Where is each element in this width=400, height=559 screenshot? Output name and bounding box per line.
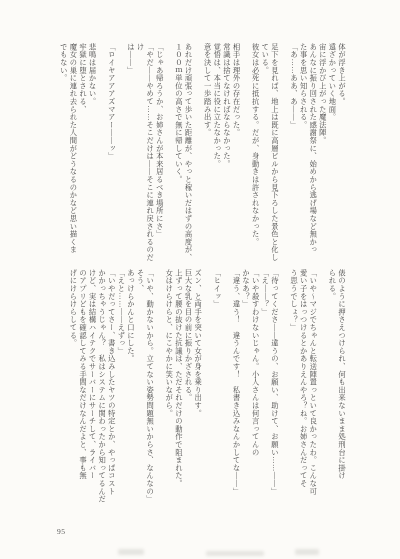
facing-page-bleed-mark [295,549,319,555]
bottom-text-band: 俵のように押さえつけられ、何も出来ないまま処刑台に掛け られる。 「いや〜マジで… [55,269,347,510]
page-number: 95 [57,527,66,536]
facing-page-bleed-mark [118,549,144,555]
top-text-band: 体が浮き上がる。 遠ざかっていく地面。 宙に浮かび上がった魔法陣。 あんなに振り… [55,43,347,265]
facing-page-bleed-mark [206,551,264,556]
book-page: 体が浮き上がる。 遠ざかっていく地面。 宙に浮かび上がった魔法陣。 あんなに振り… [0,0,400,559]
